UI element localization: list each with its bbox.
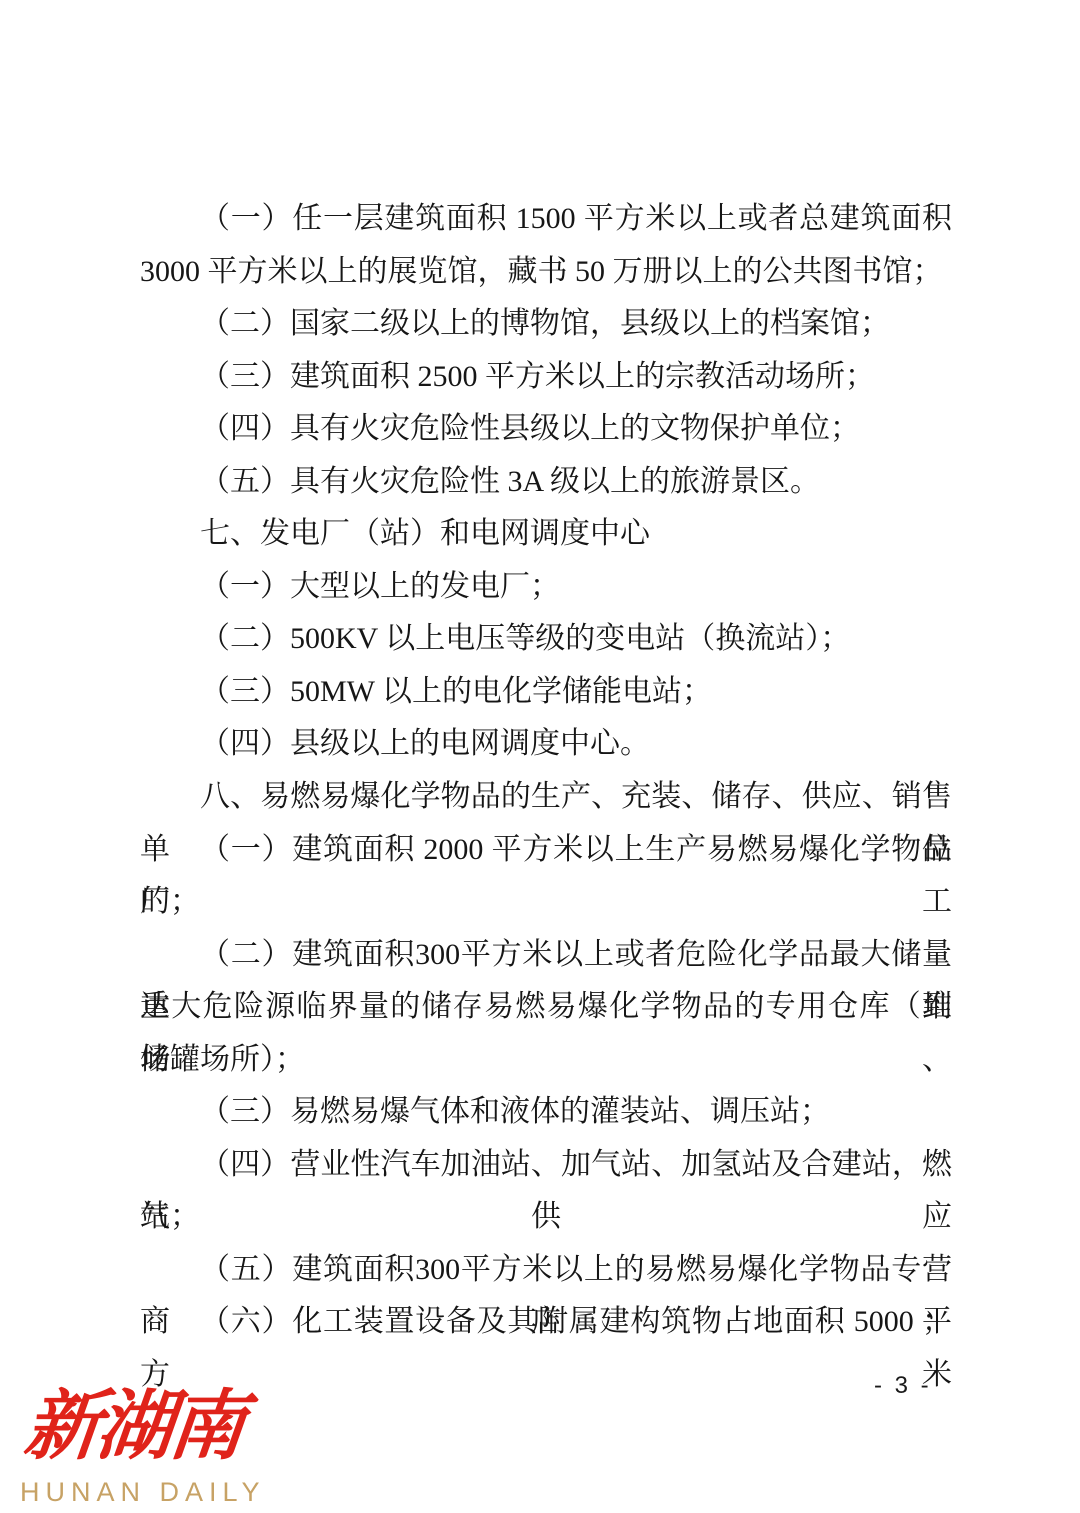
text-line: （五）具有火灾危险性 3A 级以上的旅游景区。 xyxy=(140,456,952,509)
section-heading: 七、发电厂（站）和电网调度中心 xyxy=(140,508,952,561)
text-line: （二）500KV 以上电压等级的变电站（换流站）； xyxy=(140,613,952,666)
text-line: （三）建筑面积 2500 平方米以上的宗教活动场所； xyxy=(140,351,952,404)
document-page: （一）任一层建筑面积 1500 平方米以上或者总建筑面积 3000 平方米以上的… xyxy=(0,0,1080,1513)
logo-english-text: HUNAN DAILY xyxy=(20,1479,280,1506)
page-number: - 3 - xyxy=(874,1372,932,1400)
text-line: （四）营业性汽车加油站、加气站、加氢站及合建站，燃气供应 xyxy=(140,1139,952,1192)
text-line: 重大危险源临界量的储存易燃易爆化学物品的专用仓库（堆场、 xyxy=(140,981,952,1034)
document-body: （一）任一层建筑面积 1500 平方米以上或者总建筑面积 3000 平方米以上的… xyxy=(140,193,952,1349)
text-line: （三）50MW 以上的电化学储能电站； xyxy=(140,666,952,719)
text-line: （一）任一层建筑面积 1500 平方米以上或者总建筑面积 xyxy=(140,193,952,246)
text-line: （五）建筑面积300平方米以上的易燃易爆化学物品专营商店； xyxy=(140,1244,952,1297)
text-line: （三）易燃易爆气体和液体的灌装站、调压站； xyxy=(140,1086,952,1139)
section-heading: 八、易燃易爆化学物品的生产、充装、储存、供应、销售单位 xyxy=(140,771,952,824)
text-line: （二）建筑面积300平方米以上或者危险化学品最大储量达到 xyxy=(140,929,952,982)
text-line: （四）县级以上的电网调度中心。 xyxy=(140,718,952,771)
text-line: （一）建筑面积 2000 平方米以上生产易燃易爆化学物品的工 xyxy=(140,824,952,877)
text-line: （二）国家二级以上的博物馆，县级以上的档案馆； xyxy=(140,298,952,351)
text-line: （一）大型以上的发电厂； xyxy=(140,561,952,614)
logo-chinese-text: 新湖南 xyxy=(20,1378,290,1473)
hunan-daily-logo: 新湖南 HUNAN DAILY xyxy=(20,1378,280,1506)
text-line: （四）具有火灾危险性县级以上的文物保护单位； xyxy=(140,403,952,456)
text-line: （六）化工装置设备及其附属建构筑物占地面积 5000 平方米 xyxy=(140,1296,952,1349)
text-line: 3000 平方米以上的展览馆，藏书 50 万册以上的公共图书馆； xyxy=(140,246,952,299)
